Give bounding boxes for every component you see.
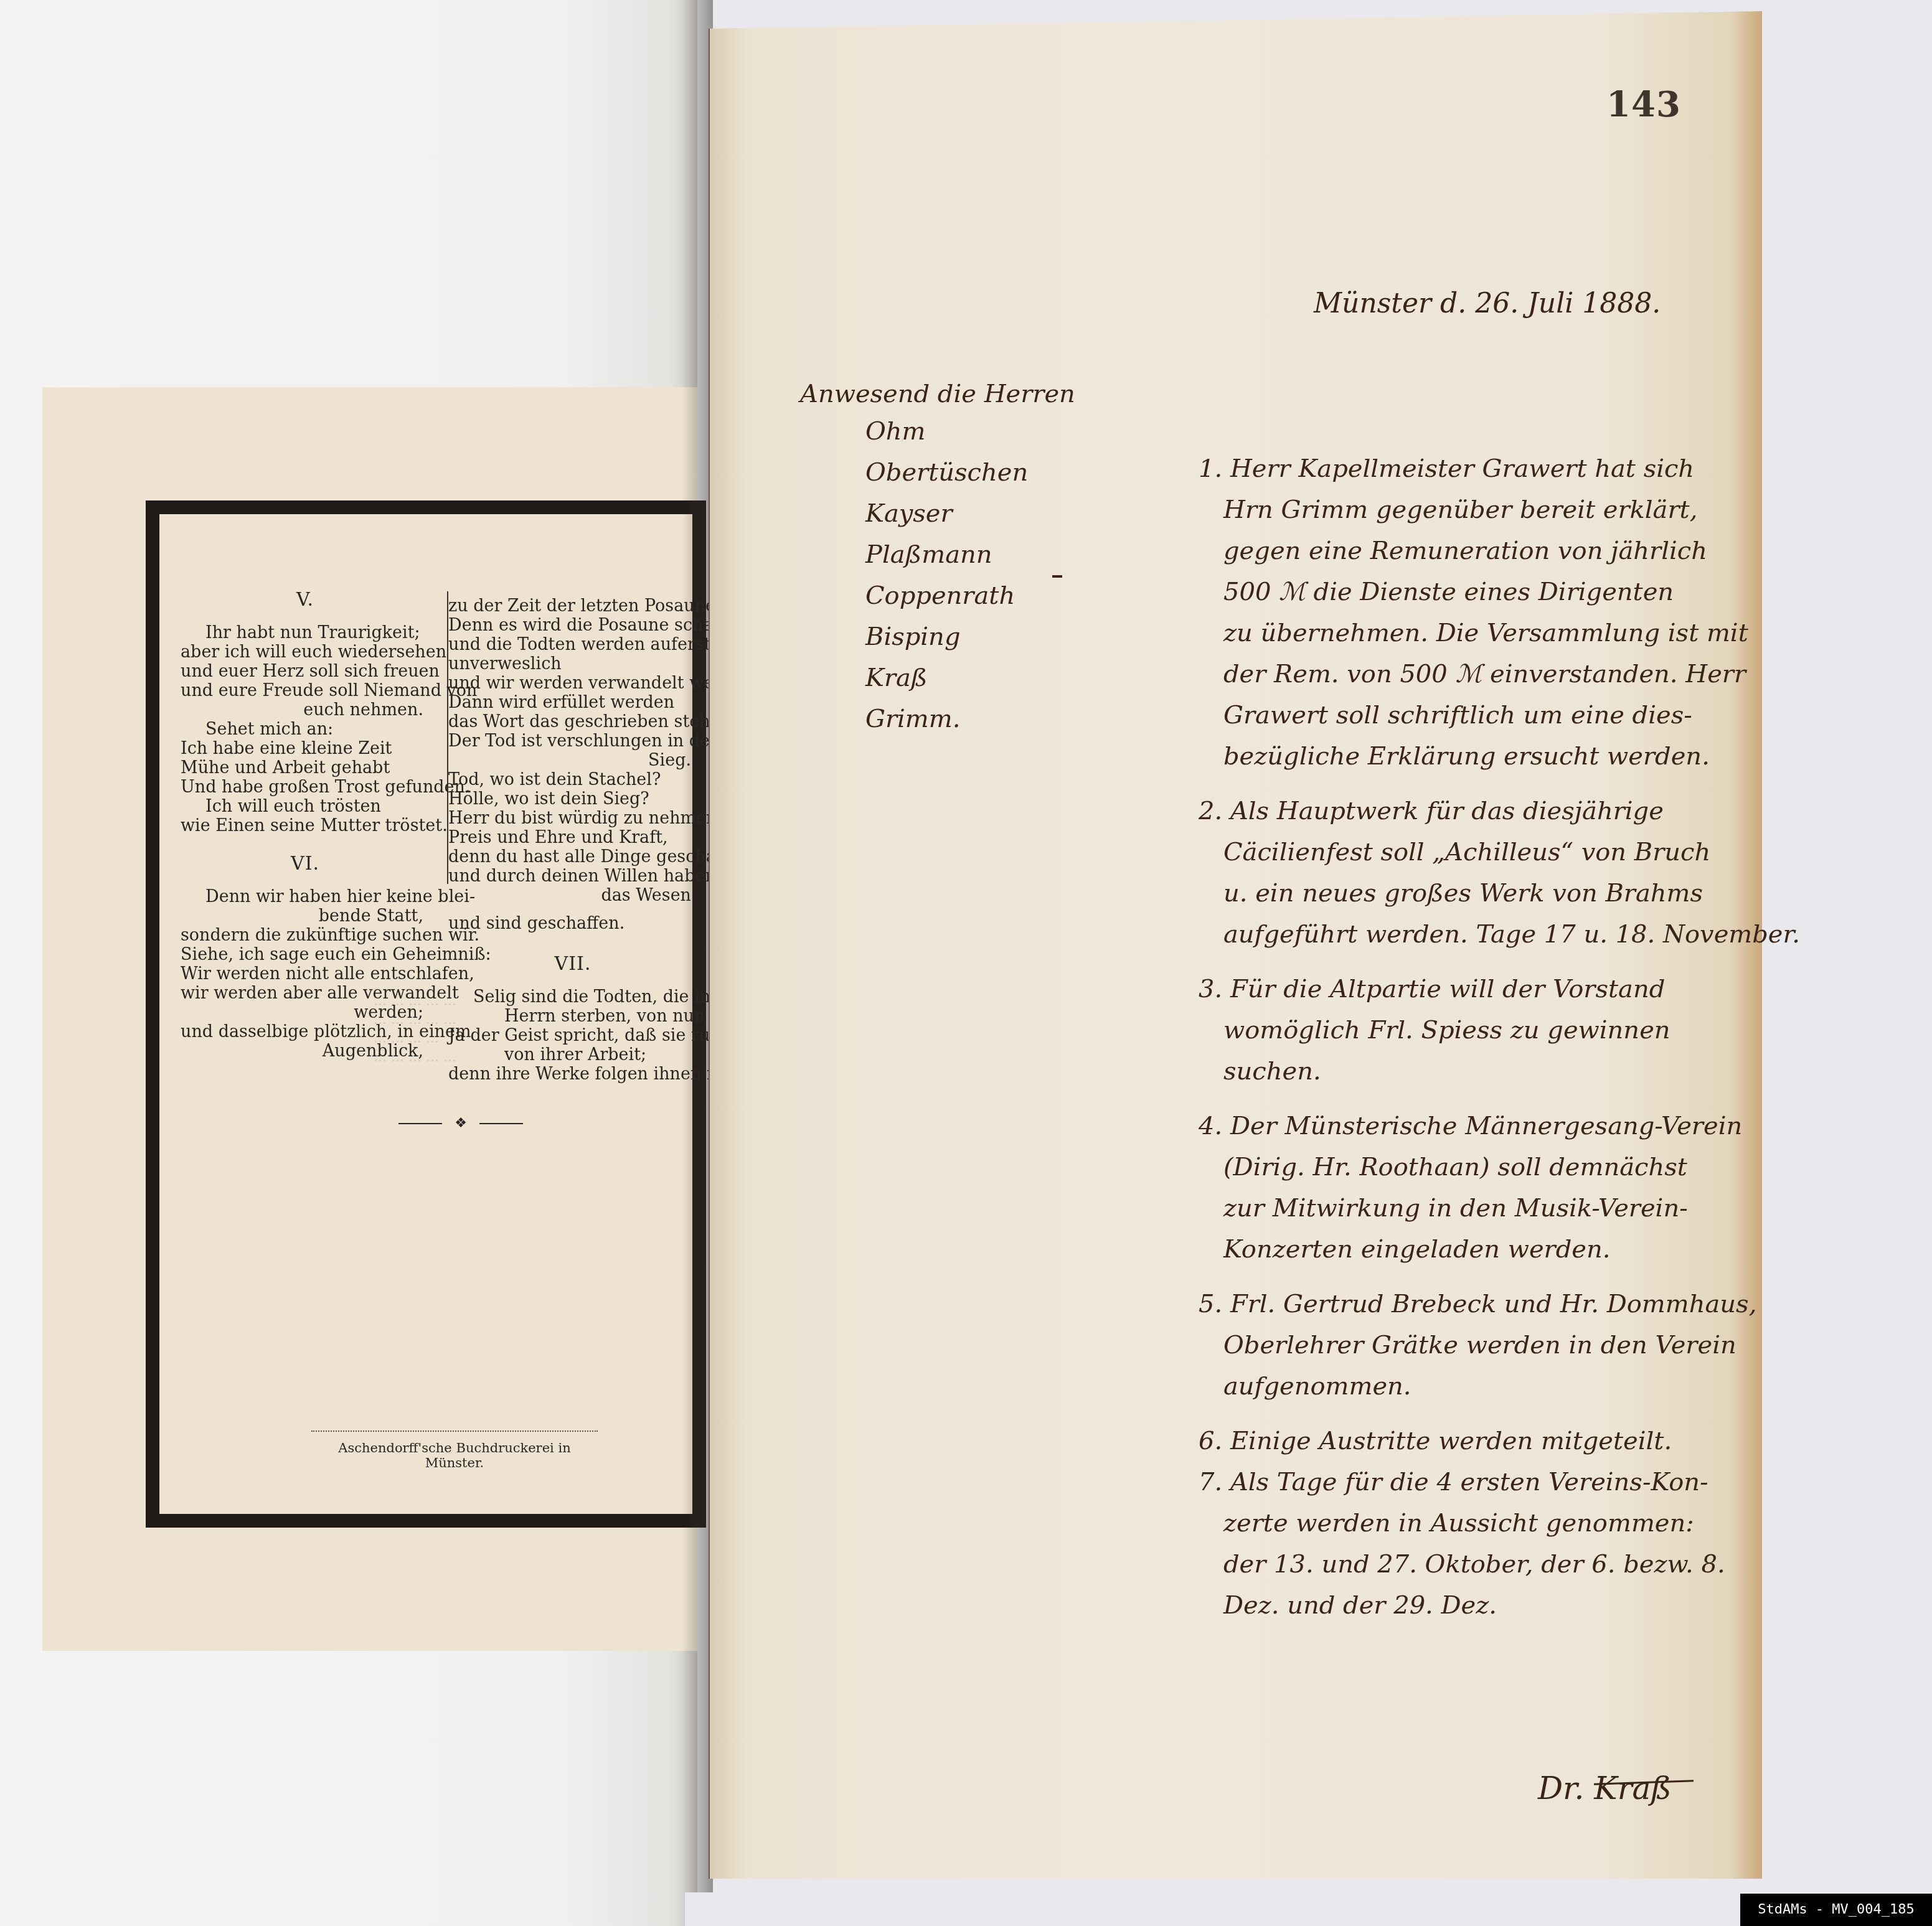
attendee-name: Kraß	[865, 657, 1028, 698]
item-line: Als Hauptwerk für das diesjährige	[1230, 797, 1664, 825]
item-line: womöglich Frl. Spiess zu gewinnen	[1199, 1010, 1734, 1051]
item-line: Einige Austritte werden mitgeteilt.	[1230, 1427, 1672, 1455]
verse-line: Preis und Ehre und Kraft,	[448, 828, 697, 847]
verse-line: Hölle, wo ist dein Sieg?	[448, 789, 697, 809]
item-line: aufgenommen.	[1199, 1366, 1734, 1407]
verse-line: Sehet mich an:	[181, 720, 430, 739]
verse-line: und die Todten werden auferstehen	[448, 635, 697, 654]
verse-line: aber ich will euch wiedersehen	[181, 642, 430, 662]
verse-line: euch nehmen.	[181, 700, 430, 720]
verse-line: Denn es wird die Posaune schallen	[448, 616, 697, 635]
verse-line: Ja der Geist spricht, daß sie ruhen	[448, 1026, 697, 1045]
item-line: Oberlehrer Grätke werden in den Verein	[1199, 1325, 1734, 1366]
item-line: (Dirig. Hr. Roothaan) soll demnächst	[1199, 1147, 1734, 1188]
item-line: gegen eine Remuneration von jährlich	[1199, 530, 1734, 571]
verse-line: zu der Zeit der letzten Posaune.	[448, 596, 697, 616]
item-number: 3.	[1199, 975, 1222, 1003]
attendee-list: Ohm Obertüschen Kayser Plaßmann Coppenra…	[865, 411, 1028, 740]
agenda-item-6: 6. Einige Austritte werden mitgeteilt.	[1199, 1421, 1734, 1462]
item-line: der 13. und 27. Oktober, der 6. bezw. 8.	[1199, 1544, 1734, 1585]
attendee-name: Kayser	[865, 493, 1028, 534]
agenda-item-3: 3. Für die Altpartie will der Vorstand w…	[1199, 969, 1734, 1092]
item-line: zu übernehmen. Die Versammlung ist mit	[1199, 613, 1734, 654]
verse-line: Tod, wo ist dein Stachel?	[448, 770, 697, 789]
item-number: 7.	[1199, 1468, 1222, 1496]
verse-line: und durch deinen Willen haben sie	[448, 867, 697, 886]
archive-label: StdAMs - MV_004_185	[1740, 1894, 1932, 1926]
verse-line: das Wesen	[448, 886, 697, 905]
item-number: 5.	[1199, 1290, 1222, 1318]
agenda-item-7: 7. Als Tage für die 4 ersten Vereins-Kon…	[1199, 1462, 1734, 1626]
item-line: Als Tage für die 4 ersten Vereins-Kon-	[1230, 1468, 1708, 1496]
section-numeral: V.	[181, 590, 430, 609]
verse-line: und wir werden verwandelt werden.	[448, 674, 697, 693]
verse-line: von ihrer Arbeit;	[448, 1045, 697, 1064]
verse-line: werden;	[181, 1003, 430, 1022]
item-line: Frl. Gertrud Brebeck und Hr. Dommhaus,	[1230, 1290, 1756, 1318]
item-line: Dez. und der 29. Dez.	[1199, 1585, 1734, 1626]
dateline: Münster d. 26. Juli 1888.	[1314, 283, 1661, 324]
verse-line: sondern die zukünftige suchen wir.	[181, 926, 430, 945]
item-number: 2.	[1199, 797, 1222, 825]
verse-line: denn du hast alle Dinge geschaffen,	[448, 847, 697, 867]
verse-line: Siehe, ich sage euch ein Geheimniß:	[181, 945, 430, 964]
verse-line: Ich habe eine kleine Zeit	[181, 739, 430, 758]
verse-line: Wir werden nicht alle entschlafen,	[181, 964, 430, 984]
verse-line: Ihr habt nun Traurigkeit;	[181, 623, 430, 642]
verse-line: Der Tod ist verschlungen in den	[448, 731, 697, 751]
item-line: Hrn Grimm gegenüber bereit erklärt,	[1199, 489, 1734, 530]
item-line: 500 ℳ die Dienste eines Dirigenten	[1199, 571, 1734, 613]
item-line: der Rem. von 500 ℳ einverstanden. Herr	[1199, 654, 1734, 695]
card-column-right: zu der Zeit der letzten Posaune. Denn es…	[448, 596, 697, 1084]
item-line: Herr Kapellmeister Grawert hat sich	[1230, 454, 1694, 483]
agenda-item-2: 2. Als Hauptwerk für das diesjährige Cäc…	[1199, 791, 1734, 955]
agenda-item-5: 5. Frl. Gertrud Brebeck und Hr. Dommhaus…	[1199, 1284, 1734, 1407]
verse-line: Und habe großen Trost gefunden.	[181, 777, 430, 797]
agenda-item-1: 1. Herr Kapellmeister Grawert hat sich H…	[1199, 448, 1734, 777]
item-line: Konzerten eingeladen werden.	[1199, 1229, 1734, 1270]
item-line: Grawert soll schriftlich um eine dies-	[1199, 695, 1734, 736]
verse-line: Herrn sterben, von nun an.	[448, 1007, 697, 1026]
attendee-name: Grimm.	[865, 698, 1028, 740]
item-line: bezügliche Erklärung ersucht werden.	[1199, 736, 1734, 777]
item-line: suchen.	[1199, 1051, 1734, 1092]
ink-mark	[1052, 575, 1062, 578]
verse-line: und dasselbige plötzlich, in einem	[181, 1022, 430, 1041]
item-line: Cäcilienfest soll „Achilleus“ von Bruch	[1199, 832, 1734, 873]
section-numeral: VII.	[448, 954, 697, 974]
ornament-divider: ❖	[398, 1116, 523, 1131]
verse-line: wie Einen seine Mutter tröstet.	[181, 816, 430, 835]
verse-line: Denn wir haben hier keine blei-	[181, 887, 430, 906]
agenda-list: 1. Herr Kapellmeister Grawert hat sich H…	[1199, 448, 1734, 1640]
verse-line: und sind geschaffen.	[448, 914, 697, 933]
item-number: 4.	[1199, 1112, 1222, 1140]
verse-line: Selig sind die Todten, die in dem	[448, 987, 697, 1007]
page-number: 143	[1606, 84, 1681, 125]
wavy-rule	[311, 1430, 598, 1435]
item-line: aufgeführt werden. Tage 17 u. 18. Novemb…	[1199, 914, 1734, 955]
attendee-name: Coppenrath	[865, 575, 1028, 616]
item-line: u. ein neues großes Werk von Brahms	[1199, 873, 1734, 914]
verse-line: unverweslich	[448, 654, 697, 674]
verse-line: denn ihre Werke folgen ihnen nach.	[448, 1064, 697, 1084]
item-number: 6.	[1199, 1427, 1222, 1455]
attendance-label: Anwesend die Herren	[800, 373, 1075, 415]
card-column-left: V. Ihr habt nun Traurigkeit; aber ich wi…	[181, 585, 430, 1061]
section-numeral: VI.	[181, 854, 430, 873]
printer-imprint: Aschendorff'sche Buchdruckerei in Münste…	[311, 1440, 598, 1470]
verse-line: Mühe und Arbeit gehabt	[181, 758, 430, 777]
attendee-name: Ohm	[865, 411, 1028, 452]
attendee-name: Bisping	[865, 616, 1028, 657]
verse-line: Sieg.	[448, 751, 697, 770]
attendee-name: Plaßmann	[865, 534, 1028, 575]
verse-line: das Wort das geschrieben steht:	[448, 712, 697, 731]
verse-line: Ich will euch trösten	[181, 797, 430, 816]
item-line: Für die Altpartie will der Vorstand	[1230, 975, 1665, 1003]
item-number: 1.	[1199, 454, 1222, 483]
book-spine-shadow	[682, 0, 713, 1926]
attendee-name: Obertüschen	[865, 452, 1028, 493]
ornament-glyph: ❖	[455, 1116, 467, 1131]
verse-line: und euer Herz soll sich freuen	[181, 662, 430, 681]
verse-line: wir werden aber alle verwandelt	[181, 984, 430, 1003]
item-line: zur Mitwirkung in den Musik-Verein-	[1199, 1188, 1734, 1229]
item-line: zerte werden in Aussicht genommen:	[1199, 1503, 1734, 1544]
verse-line: Herr du bist würdig zu nehmen	[448, 809, 697, 828]
item-line: Der Münsterische Männergesang-Verein	[1230, 1112, 1742, 1140]
verse-line: bende Statt,	[181, 906, 430, 926]
verse-line: und eure Freude soll Niemand von	[181, 681, 430, 700]
agenda-item-4: 4. Der Münsterische Männergesang-Verein …	[1199, 1106, 1734, 1270]
signature: Dr. Kraß	[1538, 1768, 1672, 1809]
verse-line: Dann wird erfüllet werden	[448, 693, 697, 712]
verse-line: Augenblick,	[181, 1041, 430, 1061]
